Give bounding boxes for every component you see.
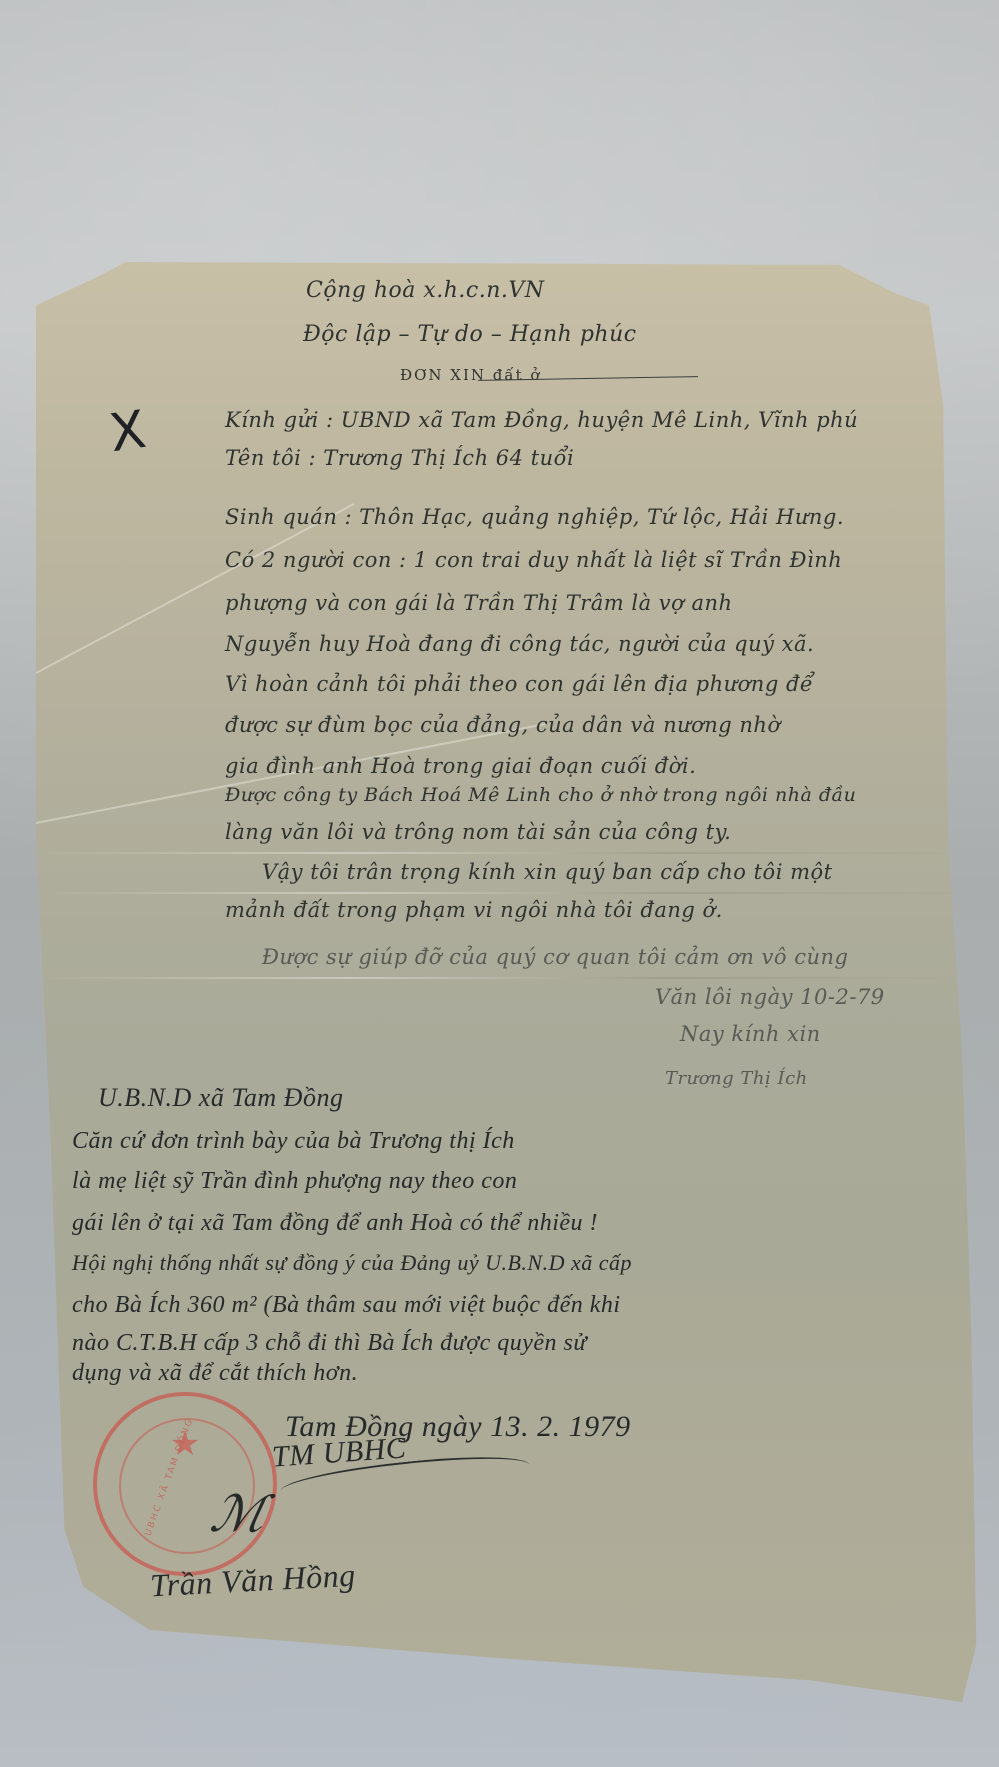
petition-line: Được công ty Bách Hoá Mê Linh cho ở nhờ … bbox=[225, 784, 856, 806]
decision-line: là mẹ liệt sỹ Trần đình phượng nay theo … bbox=[72, 1168, 517, 1195]
decision-line: Hội nghị thống nhất sự đồng ý của Đảng u… bbox=[72, 1250, 632, 1276]
fold-crease bbox=[36, 852, 981, 854]
petition-line: Có 2 người con : 1 con trai duy nhất là … bbox=[225, 548, 842, 572]
header-republic: Cộng hoà x.h.c.n.VN bbox=[306, 278, 545, 303]
petition-line: Kính gửi : UBND xã Tam Đồng, huyện Mê Li… bbox=[225, 408, 858, 432]
decision-line: gái lên ở tại xã Tam đồng để anh Hoà có … bbox=[72, 1210, 598, 1237]
petition-line: Sinh quán : Thôn Hạc, quảng nghiệp, Tứ l… bbox=[225, 505, 844, 529]
decision-line: dụng và xã để cắt thích hơn. bbox=[72, 1360, 358, 1387]
petition-salutation: Nay kính xin bbox=[680, 1022, 821, 1046]
decision-heading: U.B.N.D xã Tam Đồng bbox=[98, 1083, 343, 1113]
petition-date: Văn lôi ngày 10-2-79 bbox=[655, 985, 885, 1009]
official-red-stamp: ★ UBHC XÃ TAM ĐỒNG bbox=[93, 1392, 277, 1576]
decision-line: cho Bà Ích 360 m² (Bà thâm sau mới việt … bbox=[72, 1292, 621, 1319]
petition-line: mảnh đất trong phạm vi ngôi nhà tôi đang… bbox=[225, 898, 723, 922]
document-title: ĐƠN XIN đất ở bbox=[400, 366, 541, 384]
header-motto: Độc lập – Tự do – Hạnh phúc bbox=[303, 322, 637, 347]
decision-line: Căn cứ đơn trình bày của bà Trương thị Í… bbox=[72, 1128, 515, 1155]
petition-line: Tên tôi : Trương Thị Ích 64 tuổi bbox=[225, 446, 574, 470]
petition-line: Nguyễn huy Hoà đang đi công tác, người c… bbox=[225, 632, 814, 656]
petition-line: gia đình anh Hoà trong giai đoạn cuối đờ… bbox=[225, 754, 696, 778]
petition-line: làng văn lôi và trông nom tài sản của cô… bbox=[225, 820, 731, 844]
fold-crease bbox=[36, 977, 981, 979]
petition-line: Được sự giúp đỡ của quý cơ quan tôi cảm … bbox=[262, 945, 848, 969]
petition-line: được sự đùm bọc của đảng, của dân và nươ… bbox=[225, 713, 781, 737]
decision-line: nào C.T.B.H cấp 3 chỗ đi thì Bà Ích được… bbox=[72, 1330, 587, 1357]
petition-signatory: Trương Thị Ích bbox=[665, 1068, 808, 1089]
petition-line: phượng và con gái là Trần Thị Trâm là vợ… bbox=[225, 591, 733, 615]
petition-line: Vì hoàn cảnh tôi phải theo con gái lên đ… bbox=[225, 672, 813, 696]
petition-line: Vậy tôi trân trọng kính xin quý ban cấp … bbox=[262, 860, 833, 884]
fold-crease bbox=[36, 892, 981, 894]
